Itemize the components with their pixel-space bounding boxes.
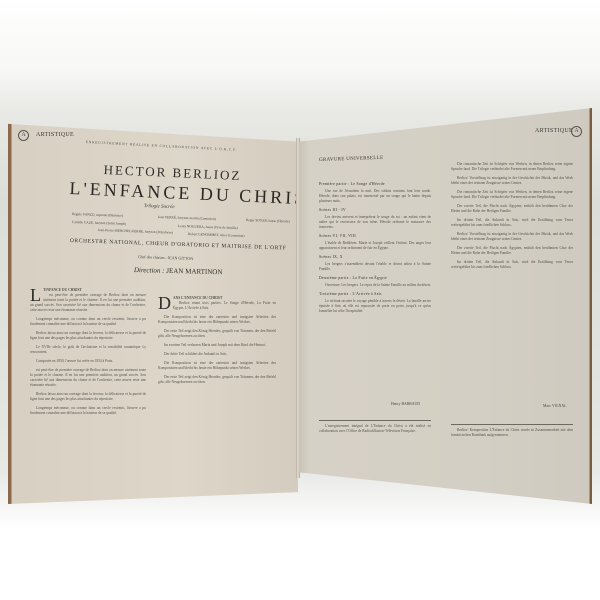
part-heading: Scènes VI, VII, VIII bbox=[319, 234, 431, 239]
lead-text: ANS L'ENFANCE DU CHRIST bbox=[173, 296, 222, 300]
paragraph: Berlioz laissa ainsi un ouvrage dont la … bbox=[30, 392, 146, 402]
soloist: Louis NOGUERA, basse (Père de famille) bbox=[178, 224, 238, 230]
paragraph: Der erste Teil zeigt den König Herodes, … bbox=[158, 329, 276, 339]
soloist: Régine VANZO, soprano (Bérénice) bbox=[72, 212, 123, 218]
paragraph: Die romantische Zeit ist Schöpfer von We… bbox=[451, 162, 573, 172]
paragraph: Les devins arrivent et interprètent le s… bbox=[319, 215, 431, 230]
soloist: Camille CAZE, baryton (Saint Joseph) bbox=[72, 220, 126, 226]
work-title: L'ENFANCE DU CHRIST bbox=[69, 178, 322, 210]
paragraph: Longtemps méconnue, ou connue dans un ce… bbox=[30, 406, 146, 416]
ensembles: ORCHESTRE NATIONAL, CHŒUR D'ORATORIO ET … bbox=[70, 238, 287, 252]
conductor-credit: Direction : JEAN MARTINON bbox=[134, 266, 223, 276]
paragraph: L'étable de Bethléem. Marie et Joseph ve… bbox=[319, 241, 431, 251]
signature: Marc VIGNAL bbox=[543, 404, 566, 408]
lead-text: 'ENFANCE DU CHRIST bbox=[43, 288, 82, 292]
soloist: Jean-Pierre MERCHEGUERRE, baryton (Polyd… bbox=[98, 228, 173, 235]
paragraph: Longtemps méconnue, ou connue dans un ce… bbox=[30, 317, 146, 327]
label-logo-icon: A bbox=[571, 126, 582, 137]
dropcap: D bbox=[158, 296, 171, 311]
paragraph: Die Komposition ist eine der zartesten u… bbox=[158, 315, 276, 325]
part-heading: Troisième partie : L'Arrivée à Saïs bbox=[319, 292, 431, 297]
signature: Henry BARRAUD bbox=[391, 402, 420, 406]
paragraph: Die romantische Zeit ist Schöpfer von We… bbox=[451, 190, 573, 200]
paragraph: Une rue de Jérusalem la nuit. Des soldat… bbox=[319, 189, 431, 204]
work-subtitle: Trilogie Sacrée bbox=[144, 204, 175, 210]
paragraph: Der dritte Teil schildert die Ankunft in… bbox=[158, 352, 276, 357]
paragraph: Der erste Teil zeigt den König Herodes, … bbox=[158, 375, 276, 385]
paragraph: Im dritten Teil, die Ankunft in Saïs, wi… bbox=[451, 218, 573, 228]
notes-column-german-commentary: Die romantische Zeit ist Schöpfer von We… bbox=[451, 162, 573, 398]
notes-column-french: L 'ENFANCE DU CHRIST est peut-être de pr… bbox=[30, 288, 146, 486]
part-heading: Première partie : Le Songe d'Hérode bbox=[319, 182, 431, 187]
paragraph: Berlioz' Vorstellung ist einzigartig in … bbox=[451, 176, 573, 186]
paragraph: Berlioz' Vorstellung ist einzigartig in … bbox=[451, 232, 573, 242]
paragraph: Berlioz réunit trois parties: Le Songe d… bbox=[158, 301, 276, 311]
paragraph: Die Komposition ist eine der zartesten u… bbox=[158, 361, 276, 371]
paragraph: est peut-être de première ouvrage de Ber… bbox=[30, 293, 146, 313]
label-name: ARTISTIQUE bbox=[36, 132, 74, 138]
paragraph: L'enregistrement intégral de L'Enfance d… bbox=[319, 424, 431, 434]
paragraph: Le récitant raconte le voyage pénible à … bbox=[319, 299, 431, 314]
footnote: L'enregistrement intégral de L'Enfance d… bbox=[319, 424, 431, 446]
paragraph: Le XVIIe siècle, le goût de l'archaïsme … bbox=[30, 345, 146, 355]
soloist: Roger SOYER, basse (Hérode) bbox=[246, 218, 290, 224]
part-heading: Scènes IX, X bbox=[319, 255, 431, 260]
paragraph: Berlioz' Komposition L'Enfance du Christ… bbox=[451, 428, 573, 438]
paragraph: Der zweite Teil, die Flucht nach Ägypten… bbox=[451, 204, 573, 214]
footnote: Berlioz' Komposition L'Enfance du Christ… bbox=[451, 428, 573, 456]
conductor-label: Direction : bbox=[134, 266, 165, 275]
part-heading: Deuxième partie : La Fuite en Égypte bbox=[319, 276, 431, 281]
divider bbox=[451, 424, 573, 425]
recording-note: ENREGISTREMENT RÉALISÉ EN COLLABORATION … bbox=[86, 140, 226, 151]
paragraph: Im zweiten Teil verlassen Maria und Jose… bbox=[158, 343, 276, 348]
section-title: GRAVURE UNIVERSELLE bbox=[319, 156, 383, 163]
paragraph: Les bergers s'assemblent devant l'étable… bbox=[319, 262, 431, 272]
paragraph: Der zweite Teil, die Flucht nach Ägypten… bbox=[451, 246, 573, 256]
album-gatefold: A ARTISTIQUE ENREGISTREMENT RÉALISÉ EN C… bbox=[8, 108, 592, 504]
dropcap: L bbox=[30, 288, 41, 303]
paragraph: Berlioz laissa ainsi un ouvrage dont la … bbox=[30, 331, 146, 341]
paragraph: est peut-être de première ouvrage de Ber… bbox=[30, 368, 146, 388]
label-name: ARTISTIQUE bbox=[535, 128, 573, 134]
right-page: ARTISTIQUE A GRAVURE UNIVERSELLE Premièr… bbox=[299, 108, 592, 504]
paragraph: Ouverture. Les bergers. Le repos de la S… bbox=[319, 283, 431, 288]
soloist: Robert GENOMMET, ténor (Centurion) bbox=[188, 232, 245, 238]
left-page: A ARTISTIQUE ENREGISTREMENT RÉALISÉ EN C… bbox=[8, 108, 298, 504]
notes-column-german: D ANS L'ENFANCE DU CHRIST Berlioz réunit… bbox=[158, 296, 276, 456]
notes-column-synopsis: Première partie : Le Songe d'Hérode Une … bbox=[319, 180, 431, 394]
part-heading: Scènes III - IV bbox=[319, 208, 431, 213]
paragraph: Im dritten Teil, die Ankunft in Saïs, wi… bbox=[451, 260, 573, 270]
divider bbox=[319, 420, 431, 421]
chorus-master: Chef des chœurs : JEAN GITTON bbox=[138, 254, 194, 261]
label-logo-icon: A bbox=[18, 130, 29, 141]
conductor-name: JEAN MARTINON bbox=[166, 267, 222, 276]
paragraph: Composée en 1850, l'œuvre fut créée en 1… bbox=[30, 359, 146, 364]
soloist: Jean PERRÉ, baryton-martin (Centurion) bbox=[158, 215, 216, 221]
